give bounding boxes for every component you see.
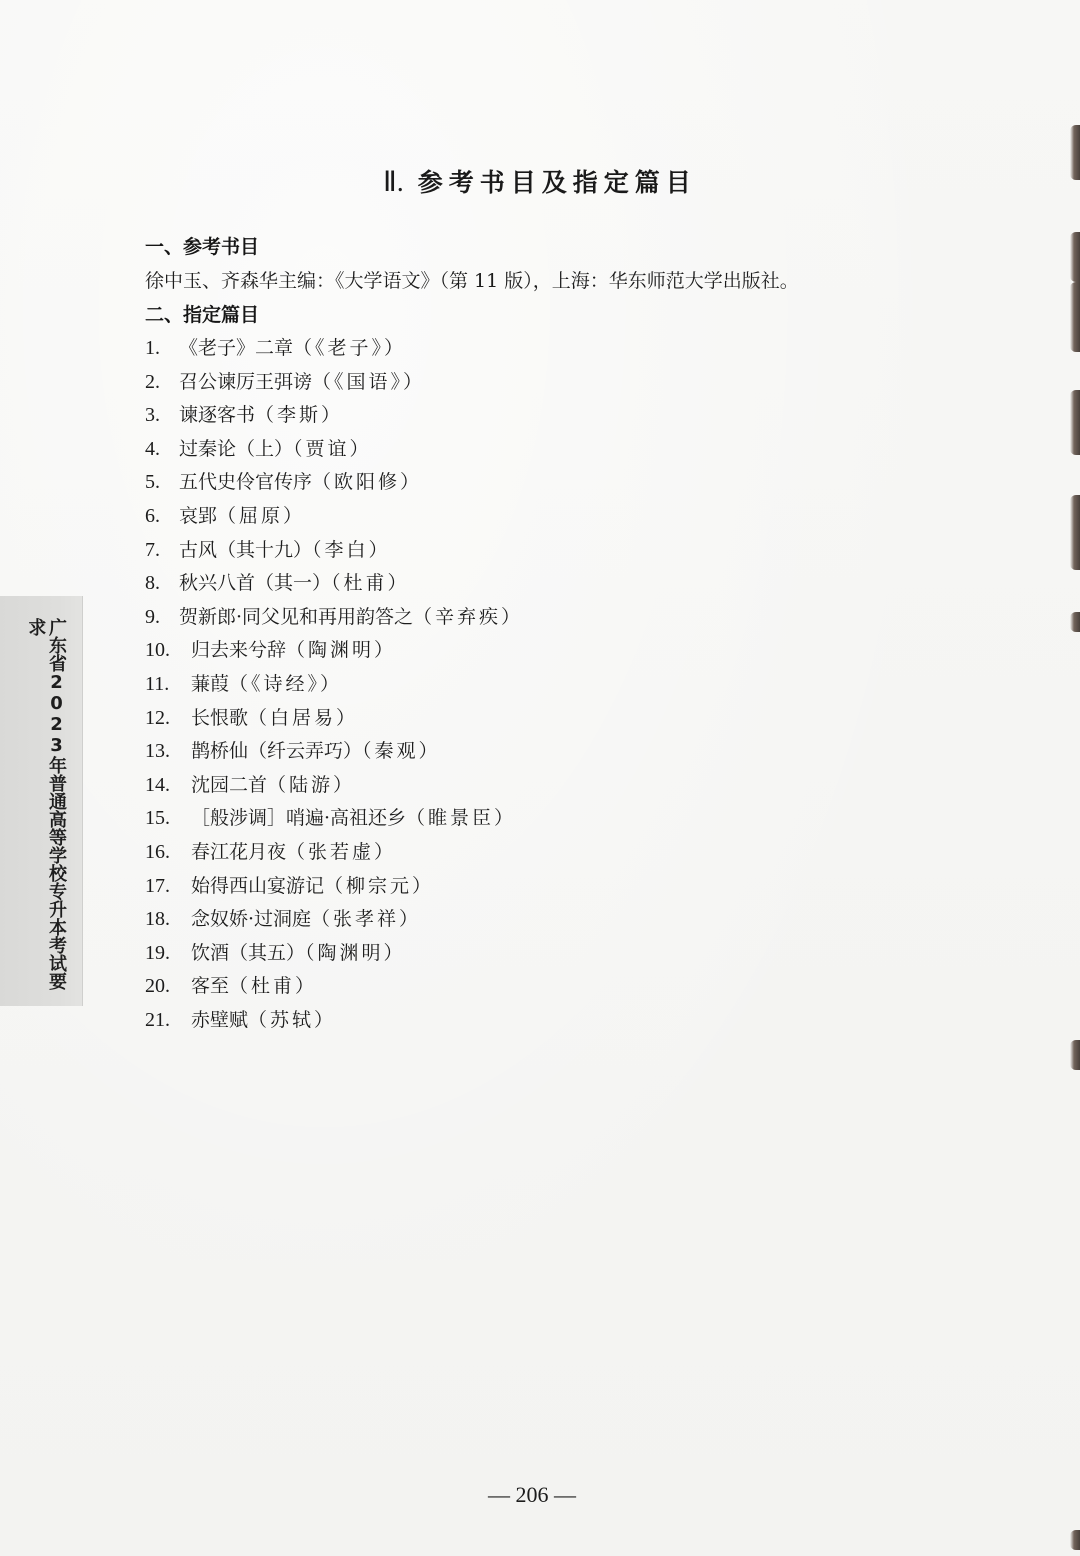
list-item: 15.［般涉调］哨遍·高祖还乡（睢景臣） (145, 802, 945, 836)
title-numeral: Ⅱ. (383, 167, 404, 198)
binding-mark (1070, 125, 1080, 180)
side-thumb-tab: 广东省2023年普通高等学校专升本考试要求 (0, 596, 83, 1006)
list-item: 21.赤壁赋（苏轼） (145, 1004, 945, 1038)
binding-mark (1070, 495, 1080, 570)
document-page: Ⅱ.参考书目及指定篇目 一、参考书目 徐中玉、齐森华主编：《大学语文》（第 11… (0, 0, 1080, 1556)
reference-book-text: 徐中玉、齐森华主编：《大学语文》（第 11 版），上海：华东师范大学出版社。 (145, 264, 945, 298)
list-item: 1.《老子》二章（《老子》） (145, 332, 945, 366)
list-item: 20.客至（杜甫） (145, 970, 945, 1004)
list-item: 4.过秦论（上）（贾谊） (145, 433, 945, 467)
list-item: 14.沈园二首（陆游） (145, 769, 945, 803)
list-item: 2.召公谏厉王弭谤（《国语》） (145, 366, 945, 400)
list-item: 16.春江花月夜（张若虚） (145, 836, 945, 870)
list-item: 9.贺新郎·同父见和再用韵答之（辛弃疾） (145, 601, 945, 635)
side-tab-label: 广东省2023年普通高等学校专升本考试要求 (42, 618, 66, 1006)
list-item: 8.秋兴八首（其一）（杜甫） (145, 567, 945, 601)
title-text: 参考书目及指定篇目 (418, 168, 697, 197)
list-item: 13.鹊桥仙（纤云弄巧）（秦观） (145, 735, 945, 769)
page-title: Ⅱ.参考书目及指定篇目 (383, 163, 697, 199)
list-item: 7.古风（其十九）（李白） (145, 534, 945, 568)
main-content: 一、参考书目 徐中玉、齐森华主编：《大学语文》（第 11 版），上海：华东师范大… (145, 230, 945, 1037)
binding-mark (1070, 1040, 1080, 1070)
list-item: 12.长恨歌（白居易） (145, 702, 945, 736)
binding-mark (1070, 282, 1080, 352)
list-item: 17.始得西山宴游记（柳宗元） (145, 870, 945, 904)
list-item: 18.念奴娇·过洞庭（张孝祥） (145, 903, 945, 937)
designated-texts-list: 1.《老子》二章（《老子》） 2.召公谏厉王弭谤（《国语》） 3.谏逐客书（李斯… (145, 332, 945, 1037)
list-item: 5.五代史伶官传序（欧阳修） (145, 466, 945, 500)
list-item: 6.哀郢（屈原） (145, 500, 945, 534)
section-heading-reference-books: 一、参考书目 (145, 230, 945, 264)
list-item: 10.归去来兮辞（陶渊明） (145, 634, 945, 668)
binding-mark (1070, 232, 1080, 282)
section-heading-designated-texts: 二、指定篇目 (145, 298, 945, 332)
list-item: 11.蒹葭（《诗经》） (145, 668, 945, 702)
binding-mark (1070, 1530, 1080, 1550)
list-item: 3.谏逐客书（李斯） (145, 399, 945, 433)
binding-mark (1070, 390, 1080, 455)
page-number: — 206 — (488, 1482, 576, 1508)
binding-mark (1070, 612, 1080, 632)
list-item: 19.饮酒（其五）（陶渊明） (145, 937, 945, 971)
